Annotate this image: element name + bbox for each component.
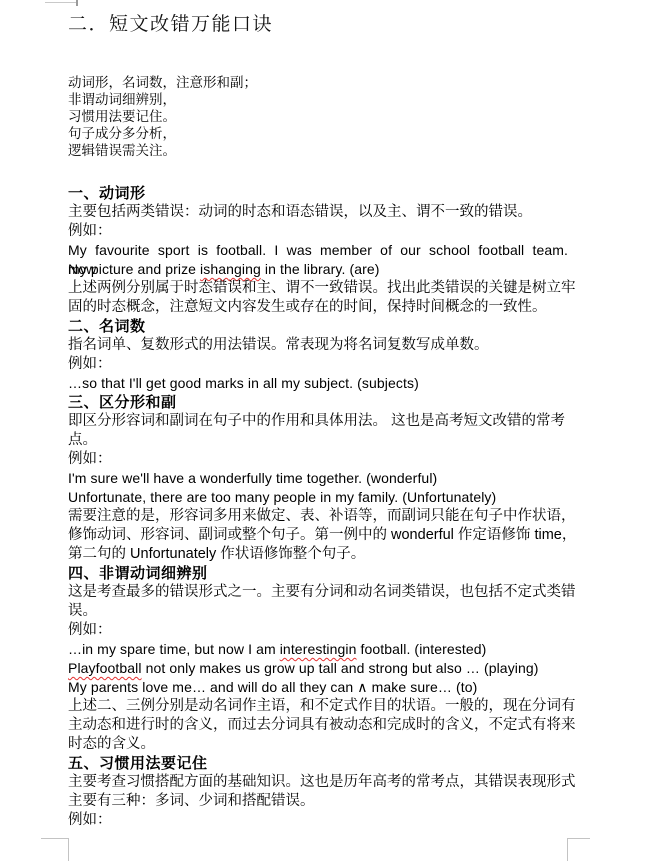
text-segment: I'm sure we'll have a wonderfully time t… (68, 470, 437, 486)
text-segment: My parents love me… and will do all they… (68, 679, 477, 695)
page-title: 二．短文改错万能口诀 (68, 9, 273, 36)
misspelled-word: interestingin (280, 641, 357, 657)
misspelled-word: Playfootball (68, 660, 142, 676)
text-segment: in the library. (are) (261, 261, 380, 277)
doc-line: Unfortunate, there are too many people i… (68, 488, 568, 507)
doc-line: 修饰动词、形容词、副词或整个句子。第一例中的 wonderful 作定语修饰 t… (68, 526, 568, 545)
text-segment: …so that I'll get good marks in all my s… (68, 375, 419, 391)
word-document-page: 二．短文改错万能口诀 动词形，名词数，注意形和副；非谓动词细辨别，习惯用法要记住… (0, 0, 648, 861)
section-heading: 四、非谓动词细辨别 (68, 564, 568, 583)
section-heading: 五、习惯用法要记住 (68, 754, 568, 773)
doc-line: 例如： (68, 621, 568, 640)
top-margin-mark-tick (76, 0, 78, 6)
doc-line: my picture and prize ishanging in the li… (68, 260, 568, 279)
verse-line: 非谓动词细辨别， (68, 91, 257, 108)
doc-line: Playfootball not only makes us grow up t… (68, 659, 568, 678)
doc-line: I'm sure we'll have a wonderfully time t… (68, 469, 568, 488)
text-segment: …in my spare time, but now I am (68, 641, 280, 657)
doc-line: 上述两例分别属于时态错误和主、谓不一致错误。找出此类错误的关键是树立牢 (68, 279, 568, 298)
doc-line: 例如： (68, 450, 568, 469)
verse-line: 逻辑错误需关注。 (68, 142, 257, 159)
doc-line: 上述二、三例分别是动名词作主语，和不定式作目的状语。一般的，现在分词有 (68, 697, 568, 716)
verse-line: 动词形，名词数，注意形和副； (68, 74, 257, 91)
doc-line: My favourite sport is football. I was me… (68, 241, 568, 260)
doc-line: 例如： (68, 355, 568, 374)
misspelled-word: ishanging (200, 261, 261, 277)
bottom-right-margin-mark (567, 838, 590, 861)
doc-line: 主要考查习惯搭配方面的基础知识。这也是历年高考的常考点，其错误表现形式 (68, 773, 568, 792)
document-body: 一、动词形主要包括两类错误：动词的时态和语态错误，以及主、谓不一致的错误。例如：… (68, 184, 568, 830)
doc-line: 主要有三种：多词、少词和搭配错误。 (68, 792, 568, 811)
mnemonic-verse: 动词形，名词数，注意形和副；非谓动词细辨别，习惯用法要记住。句子成分多分析，逻辑… (68, 74, 257, 159)
text-segment: Unfortunate, there are too many people i… (68, 489, 496, 505)
verse-line: 句子成分多分析， (68, 125, 257, 142)
bottom-left-margin-mark (41, 838, 69, 861)
doc-line: 固的时态概念，注意短文内容发生或存在的时间，保持时间概念的一致性。 (68, 298, 568, 317)
doc-line: 这是考查最多的错误形式之一。主要有分词和动名词类错误，也包括不定式类错 (68, 583, 568, 602)
verse-line: 习惯用法要记住。 (68, 108, 257, 125)
top-margin-mark (45, 2, 78, 3)
doc-line: 即区分形容词和副词在句子中的作用和具体用法。 这也是高考短文改错的常考 (68, 412, 568, 431)
section-heading: 二、名词数 (68, 317, 568, 336)
doc-line: 误。 (68, 602, 568, 621)
doc-line: 需要注意的是，形容词多用来做定、表、补语等，而副词只能在句子中作状语， (68, 507, 568, 526)
section-heading: 三、区分形和副 (68, 393, 568, 412)
doc-line: …so that I'll get good marks in all my s… (68, 374, 568, 393)
text-segment: football. (interested) (357, 641, 487, 657)
doc-line: 例如： (68, 222, 568, 241)
section-heading: 一、动词形 (68, 184, 568, 203)
doc-line: 指名词单、复数形式的用法错误。常表现为将名词复数写成单数。 (68, 336, 568, 355)
doc-line: 第二句的 Unfortunately 作状语修饰整个句子。 (68, 545, 568, 564)
doc-line: 例如： (68, 811, 568, 830)
doc-line: My parents love me… and will do all they… (68, 678, 568, 697)
doc-line: 主要包括两类错误：动词的时态和语态错误，以及主、谓不一致的错误。 (68, 203, 568, 222)
doc-line: 点。 (68, 431, 568, 450)
text-segment: my picture and prize (68, 261, 200, 277)
doc-line: …in my spare time, but now I am interest… (68, 640, 568, 659)
doc-line: 主动态和进行时的含义，而过去分词具有被动态和完成时的含义，不定式有将来 (68, 716, 568, 735)
doc-line: 时态的含义。 (68, 735, 568, 754)
text-segment: not only makes us grow up tall and stron… (142, 660, 539, 676)
